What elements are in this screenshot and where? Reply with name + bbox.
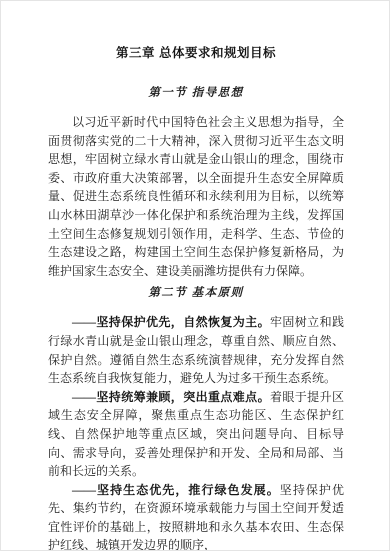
paragraph: 以习近平新时代中国特色社会主义思想为指导，全面贯彻落实党的二十大精神，深入贯彻习… [48,113,344,280]
paragraph-lead: ——坚持保护优先，自然恢复为主。 [72,315,270,329]
paragraph: ——坚持统筹兼顾，突出重点难点。着眼于提升区域生态安全屏障，聚焦重点生态功能区、… [48,388,344,481]
section-heading-1: 第一节 指导思想 [48,86,344,100]
paragraph-text: 以习近平新时代中国特色社会主义思想为指导，全面贯彻落实党的二十大精神，深入贯彻习… [48,115,344,278]
paragraph: ——坚持保护优先，自然恢复为主。牢固树立和践行绿水青山就是金山银山理念，尊重自然… [48,313,344,387]
chapter-title: 第三章 总体要求和规划目标 [48,46,344,61]
page-number: — 13 — [308,498,344,508]
paragraph-lead: ——坚持生态优先，推行绿色发展。 [72,483,280,497]
document-page: 第三章 总体要求和规划目标 第一节 指导思想 以习近平新时代中国特色社会主义思想… [0,0,390,551]
section-heading-2: 第二节 基本原则 [48,286,344,300]
paragraph-lead: ——坚持统筹兼顾，突出重点难点。 [72,390,270,404]
page-content: 第三章 总体要求和规划目标 第一节 指导思想 以习近平新时代中国特色社会主义思想… [48,46,344,551]
paragraph: ——坚持生态优先，推行绿色发展。坚持保护优先、集约节约，在资源环境承载能力与国土… [48,481,344,551]
